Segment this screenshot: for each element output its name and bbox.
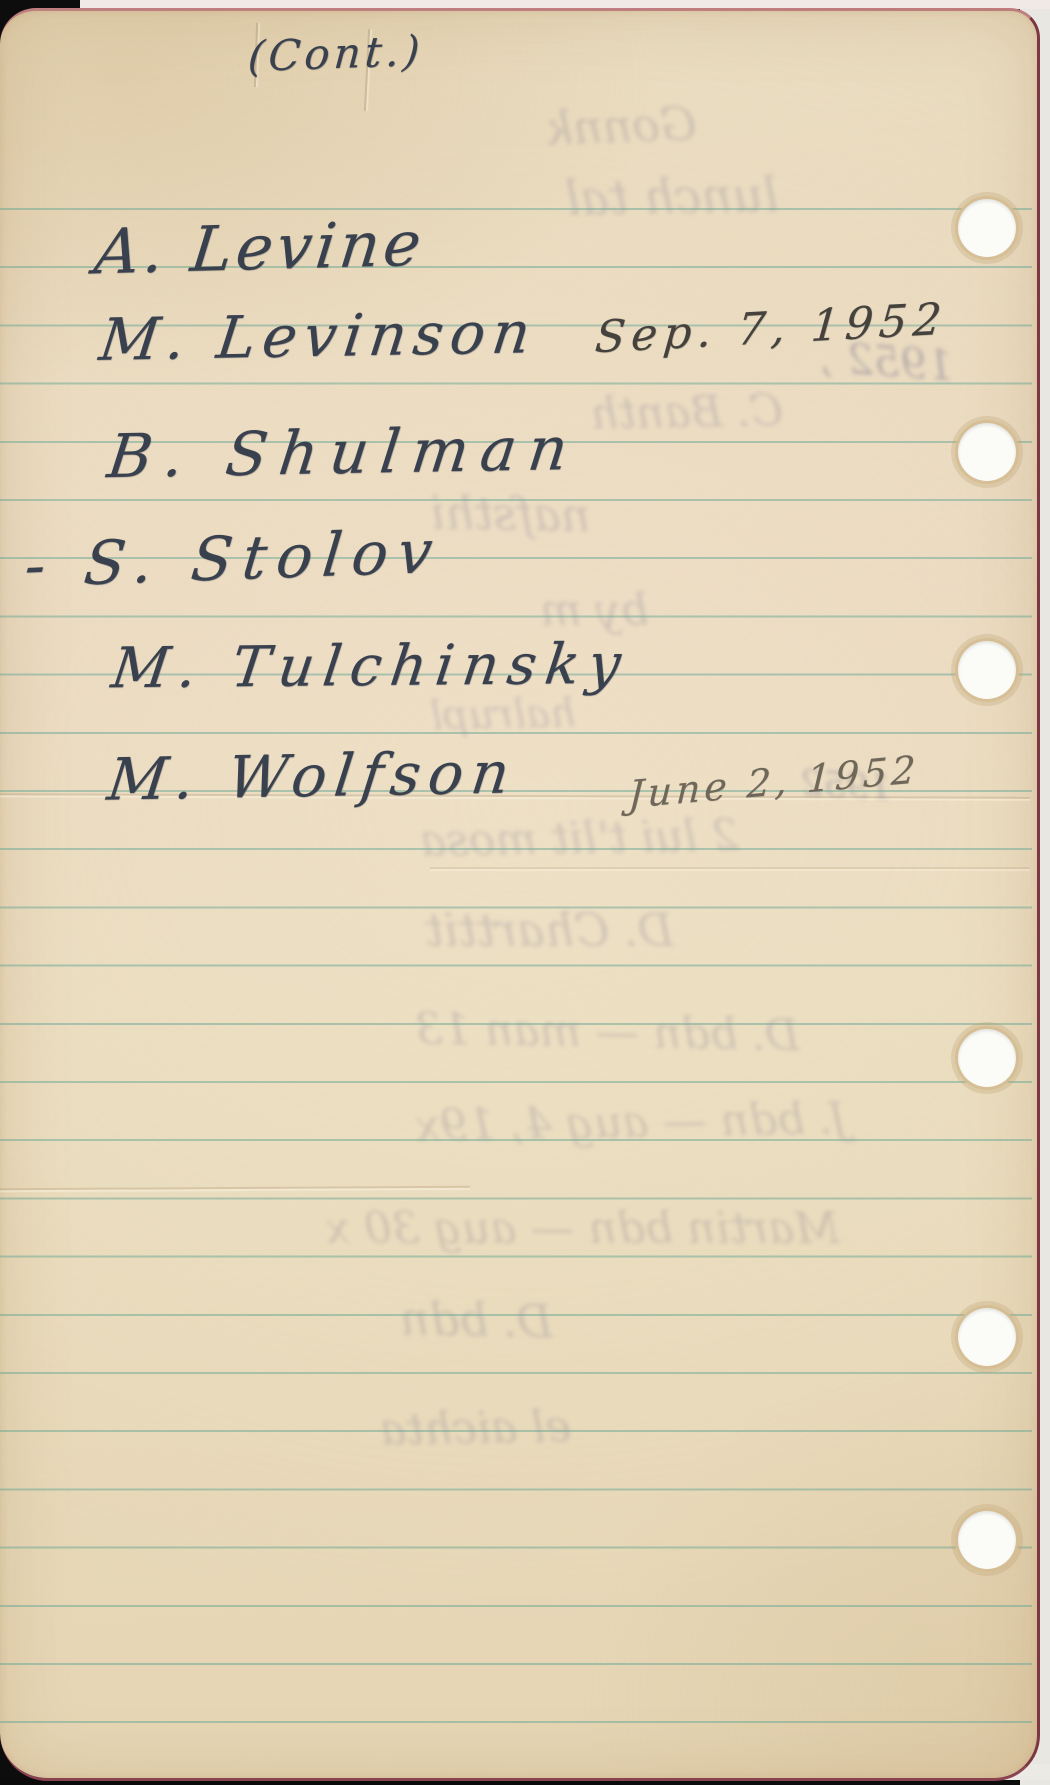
entry-row: - S. Stolov <box>22 522 445 597</box>
page-header: (Cont.) <box>247 30 425 78</box>
entry-marker: - <box>21 530 59 601</box>
notebook-page: Gonnk lunch tal 1952 , C. Banth nafsthi … <box>0 8 1040 1781</box>
entry-name: B. Shulman <box>104 419 582 487</box>
paper-crease <box>430 867 1030 869</box>
scanned-document: Gonnk lunch tal 1952 , C. Banth nafsthi … <box>0 0 1050 1785</box>
punch-hole <box>958 1308 1016 1366</box>
entry-name: M. Levinson <box>96 303 540 369</box>
punch-hole <box>958 1029 1016 1087</box>
entry-name: S. Stolov <box>81 517 446 600</box>
entry-name: M. Tulchinsky <box>108 637 632 698</box>
punch-hole <box>958 641 1016 699</box>
entry-name: A. Levine <box>92 213 429 284</box>
punch-hole <box>958 199 1016 257</box>
entry-name: M. Wolfson <box>104 743 520 808</box>
punch-hole <box>958 423 1016 481</box>
bleed-through-text: Gonnk <box>544 100 697 151</box>
punch-hole <box>958 1511 1016 1569</box>
